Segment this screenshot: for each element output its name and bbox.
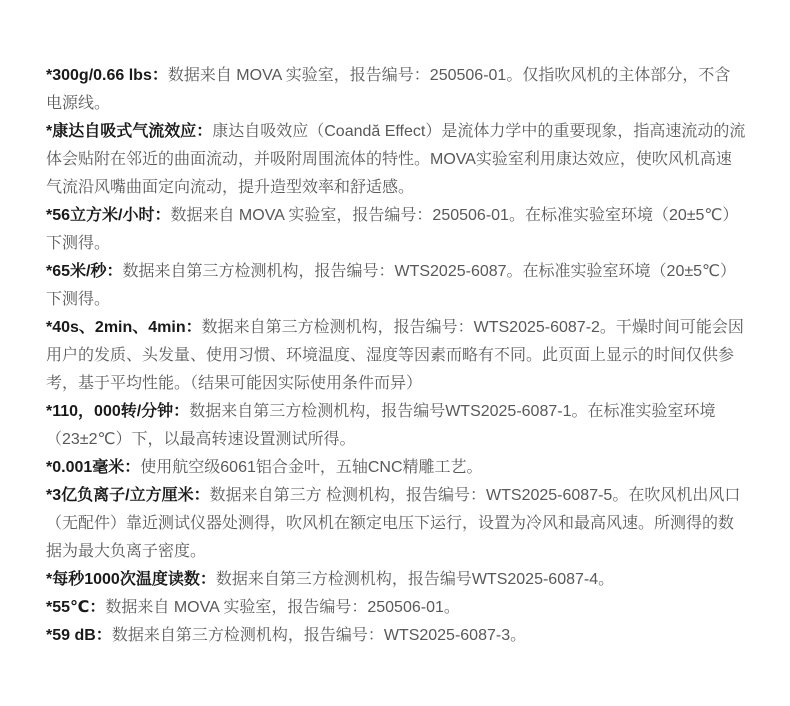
footnote-term: *40s、2min、4min： [46,319,202,336]
footnote-item: *300g/0.66 lbs：数据来自 MOVA 实验室，报告编号：250506… [46,62,746,118]
footnote-item: *59 dB：数据来自第三方检测机构，报告编号：WTS2025-6087-3。 [46,622,746,650]
footnote-text: 数据来自第三方检测机构，报告编号：WTS2025-6087。在标准实验室环境（2… [46,263,736,308]
footnote-item: *每秒1000次温度读数：数据来自第三方检测机构，报告编号WTS2025-608… [46,566,746,594]
footnote-item: *40s、2min、4min：数据来自第三方检测机构，报告编号：WTS2025-… [46,314,746,398]
footnote-item: *65米/秒：数据来自第三方检测机构，报告编号：WTS2025-6087。在标准… [46,258,746,314]
footnote-item: *110，000转/分钟：数据来自第三方检测机构，报告编号WTS2025-608… [46,398,746,454]
footnote-item: *56立方米/小时：数据来自 MOVA 实验室，报告编号：250506-01。在… [46,202,746,258]
footnote-term: *每秒1000次温度读数： [46,571,216,588]
footnote-term: *110，000转/分钟： [46,403,189,420]
footnote-term: *300g/0.66 lbs： [46,67,168,84]
footnote-text: 数据来自 MOVA 实验室，报告编号：250506-01。 [105,599,459,616]
footnote-term: *59 dB： [46,627,112,644]
footnote-item: *55℃：数据来自 MOVA 实验室，报告编号：250506-01。 [46,594,746,622]
footnote-text: 使用航空级6061铝合金叶，五轴CNC精雕工艺。 [140,459,482,476]
footnote-term: *3亿负离子/立方厘米： [46,487,210,504]
footnote-text: 数据来自第三方检测机构，报告编号WTS2025-6087-4。 [216,571,614,588]
footnote-item: *康达自吸式气流效应：康达自吸效应（Coandă Effect）是流体力学中的重… [46,118,746,202]
footnote-term: *康达自吸式气流效应： [46,123,212,140]
footnote-term: *55℃： [46,599,105,616]
footnote-term: *65米/秒： [46,263,122,280]
footnote-item: *3亿负离子/立方厘米：数据来自第三方 检测机构，报告编号：WTS2025-60… [46,482,746,566]
footnote-item: *0.001毫米：使用航空级6061铝合金叶，五轴CNC精雕工艺。 [46,454,746,482]
footnote-term: *56立方米/小时： [46,207,170,224]
footnotes-section: *300g/0.66 lbs：数据来自 MOVA 实验室，报告编号：250506… [0,0,790,650]
footnote-term: *0.001毫米： [46,459,140,476]
footnote-text: 数据来自第三方检测机构，报告编号：WTS2025-6087-3。 [112,627,526,644]
